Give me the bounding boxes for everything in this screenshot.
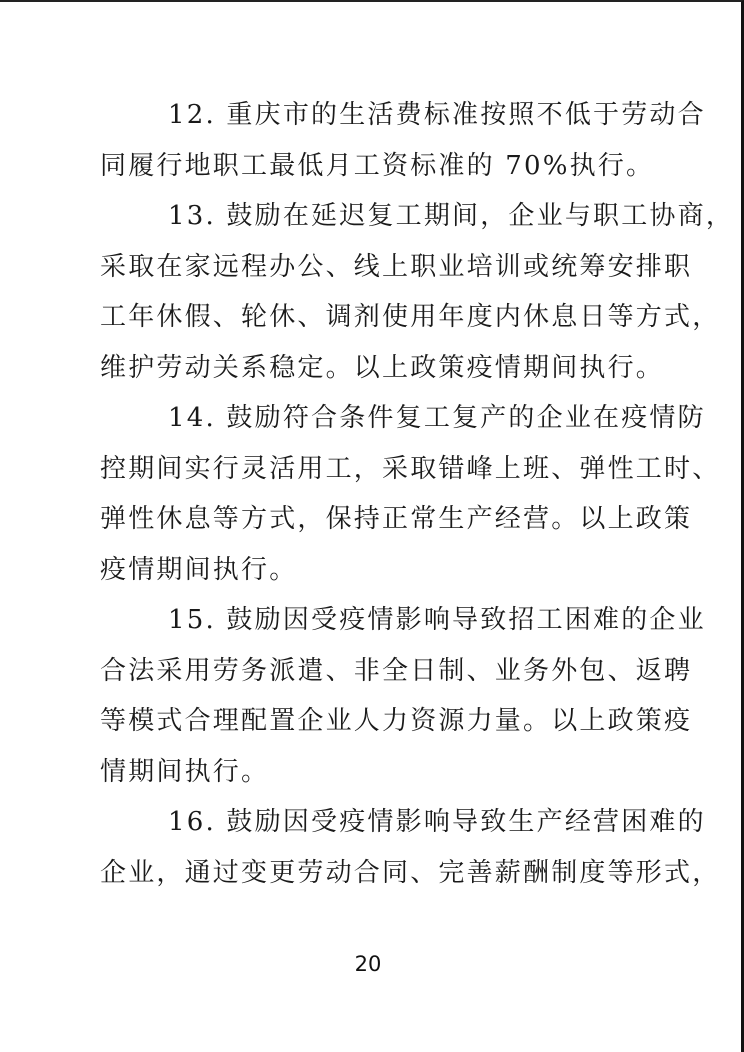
text-line: 疫情期间执行。: [100, 545, 640, 596]
document-body: 12. 重庆市的生活费标准按照不低于劳动合 同履行地职工最低月工资标准的 70%…: [100, 90, 640, 898]
text-line: 工年休假、轮休、调剂使用年度内休息日等方式，: [100, 292, 640, 343]
text-line: 12. 重庆市的生活费标准按照不低于劳动合: [100, 90, 640, 141]
text-line: 采取在家远程办公、线上职业培训或统筹安排职: [100, 242, 640, 293]
paragraph-12: 12. 重庆市的生活费标准按照不低于劳动合 同履行地职工最低月工资标准的 70%…: [100, 90, 640, 191]
text-line: 弹性休息等方式，保持正常生产经营。以上政策: [100, 494, 640, 545]
text-line: 情期间执行。: [100, 747, 640, 798]
page-number: 20: [0, 952, 736, 976]
text-line: 14. 鼓励符合条件复工复产的企业在疫情防: [100, 393, 640, 444]
text-line: 13. 鼓励在延迟复工期间，企业与职工协商，: [100, 191, 640, 242]
paragraph-13: 13. 鼓励在延迟复工期间，企业与职工协商， 采取在家远程办公、线上职业培训或统…: [100, 191, 640, 393]
paragraph-14: 14. 鼓励符合条件复工复产的企业在疫情防 控期间实行灵活用工，采取错峰上班、弹…: [100, 393, 640, 595]
text-line: 维护劳动关系稳定。以上政策疫情期间执行。: [100, 343, 640, 394]
text-line: 15. 鼓励因受疫情影响导致招工困难的企业: [100, 595, 640, 646]
paragraph-15: 15. 鼓励因受疫情影响导致招工困难的企业 合法采用劳务派遣、非全日制、业务外包…: [100, 595, 640, 797]
text-line: 合法采用劳务派遣、非全日制、业务外包、返聘: [100, 646, 640, 697]
document-page: 12. 重庆市的生活费标准按照不低于劳动合 同履行地职工最低月工资标准的 70%…: [0, 0, 744, 1052]
text-line: 16. 鼓励因受疫情影响导致生产经营困难的: [100, 797, 640, 848]
text-line: 同履行地职工最低月工资标准的 70%执行。: [100, 141, 640, 192]
text-line: 等模式合理配置企业人力资源力量。以上政策疫: [100, 696, 640, 747]
text-line: 企业，通过变更劳动合同、完善薪酬制度等形式，: [100, 848, 640, 899]
text-line: 控期间实行灵活用工，采取错峰上班、弹性工时、: [100, 444, 640, 495]
paragraph-16: 16. 鼓励因受疫情影响导致生产经营困难的 企业，通过变更劳动合同、完善薪酬制度…: [100, 797, 640, 898]
